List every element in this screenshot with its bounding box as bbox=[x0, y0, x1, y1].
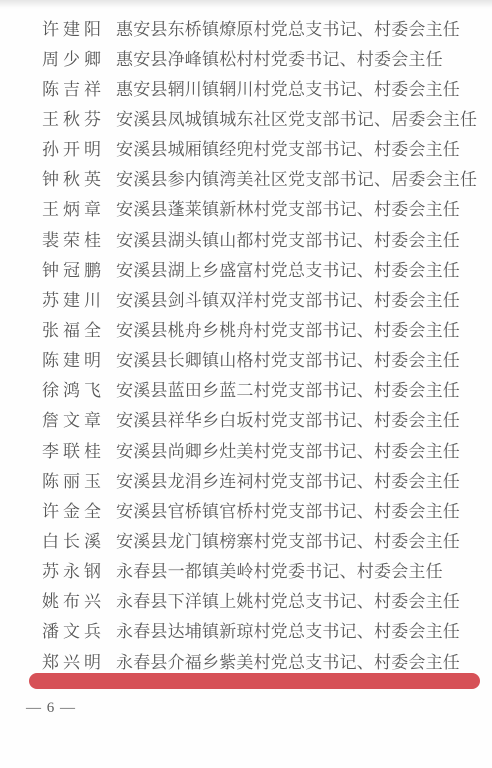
roster-row: 詹文章 安溪县祥华乡白坂村党支部书记、村委会主任 bbox=[42, 404, 492, 434]
roster-row: 徐鸿飞 安溪县蓝田乡蓝二村党支部书记、村委会主任 bbox=[42, 374, 492, 404]
roster-row: 张福全 安溪县桃舟乡桃舟村党支部书记、村委会主任 bbox=[42, 313, 492, 343]
person-title: 安溪县尚卿乡灶美村党支部书记、村委会主任 bbox=[116, 437, 460, 462]
person-name: 李联桂 bbox=[42, 437, 116, 462]
roster-row: 苏建川 安溪县剑斗镇双洋村党支部书记、村委会主任 bbox=[42, 283, 492, 313]
person-name: 郑兴明 bbox=[42, 648, 116, 673]
person-name: 许金全 bbox=[42, 497, 116, 522]
person-title: 安溪县凤城镇城东社区党支部书记、居委会主任 bbox=[116, 105, 477, 130]
roster-row: 许金全 安溪县官桥镇官桥村党支部书记、村委会主任 bbox=[42, 494, 492, 524]
person-name: 陈丽玉 bbox=[42, 467, 116, 492]
person-title: 安溪县长卿镇山格村党支部书记、村委会主任 bbox=[116, 346, 460, 371]
roster-row: 许建阳 惠安县东桥镇燎原村党总支书记、村委会主任 bbox=[42, 12, 492, 42]
page-number: — 6 — bbox=[26, 700, 76, 717]
person-title: 永春县一都镇美岭村党委书记、村委会主任 bbox=[116, 557, 443, 582]
person-name: 王炳章 bbox=[42, 195, 116, 220]
person-title: 永春县下洋镇上姚村党总支书记、村委会主任 bbox=[116, 587, 460, 612]
person-name: 苏永钢 bbox=[42, 557, 116, 582]
person-name: 徐鸿飞 bbox=[42, 376, 116, 401]
person-title: 安溪县剑斗镇双洋村党支部书记、村委会主任 bbox=[116, 286, 460, 311]
person-name: 王秋芬 bbox=[42, 105, 116, 130]
person-title: 安溪县城厢镇经兜村党支部书记、村委会主任 bbox=[116, 135, 460, 160]
roster-row: 白长溪 安溪县龙门镇榜寨村党支部书记、村委会主任 bbox=[42, 524, 492, 554]
roster-list: 许建阳 惠安县东桥镇燎原村党总支书记、村委会主任 周少卿 惠安县净峰镇松村村党委… bbox=[42, 12, 492, 675]
roster-row: 潘文兵 永春县达埔镇新琼村党总支书记、村委会主任 bbox=[42, 615, 492, 645]
roster-row: 姚布兴 永春县下洋镇上姚村党总支书记、村委会主任 bbox=[42, 585, 492, 615]
red-highlight-underline bbox=[29, 673, 480, 689]
person-name: 钟冠鹏 bbox=[42, 256, 116, 281]
person-title: 安溪县参内镇湾美社区党支部书记、居委会主任 bbox=[116, 165, 477, 190]
person-title: 安溪县桃舟乡桃舟村党支部书记、村委会主任 bbox=[116, 316, 460, 341]
person-name: 周少卿 bbox=[42, 45, 116, 70]
roster-row: 陈建明 安溪县长卿镇山格村党支部书记、村委会主任 bbox=[42, 344, 492, 374]
person-title: 安溪县湖头镇山都村党支部书记、村委会主任 bbox=[116, 226, 460, 251]
scan-edge-shadow bbox=[0, 0, 492, 9]
person-title: 安溪县祥华乡白坂村党支部书记、村委会主任 bbox=[116, 406, 460, 431]
roster-row: 钟秋英 安溪县参内镇湾美社区党支部书记、居委会主任 bbox=[42, 163, 492, 193]
person-name: 潘文兵 bbox=[42, 617, 116, 642]
person-title: 永春县达埔镇新琼村党总支书记、村委会主任 bbox=[116, 617, 460, 642]
person-title: 安溪县湖上乡盛富村党总支书记、村委会主任 bbox=[116, 256, 460, 281]
roster-row: 陈丽玉 安溪县龙涓乡连祠村党支部书记、村委会主任 bbox=[42, 464, 492, 494]
roster-row: 王炳章 安溪县蓬莱镇新林村党支部书记、村委会主任 bbox=[42, 193, 492, 223]
person-name: 姚布兴 bbox=[42, 587, 116, 612]
person-title: 惠安县辋川镇辋川村党总支书记、村委会主任 bbox=[116, 75, 460, 100]
person-name: 钟秋英 bbox=[42, 165, 116, 190]
person-title: 惠安县东桥镇燎原村党总支书记、村委会主任 bbox=[116, 15, 460, 40]
person-title: 安溪县官桥镇官桥村党支部书记、村委会主任 bbox=[116, 497, 460, 522]
person-title: 惠安县净峰镇松村村党委书记、村委会主任 bbox=[116, 45, 443, 70]
person-title: 安溪县龙门镇榜寨村党支部书记、村委会主任 bbox=[116, 527, 460, 552]
person-name: 陈吉祥 bbox=[42, 75, 116, 100]
roster-row: 王秋芬 安溪县凤城镇城东社区党支部书记、居委会主任 bbox=[42, 102, 492, 132]
person-name: 白长溪 bbox=[42, 527, 116, 552]
person-name: 裴荣桂 bbox=[42, 226, 116, 251]
roster-row: 周少卿 惠安县净峰镇松村村党委书记、村委会主任 bbox=[42, 42, 492, 72]
roster-row: 李联桂 安溪县尚卿乡灶美村党支部书记、村委会主任 bbox=[42, 434, 492, 464]
roster-row: 苏永钢 永春县一都镇美岭村党委书记、村委会主任 bbox=[42, 555, 492, 585]
person-title: 永春县介福乡紫美村党总支书记、村委会主任 bbox=[116, 648, 460, 673]
roster-row: 陈吉祥 惠安县辋川镇辋川村党总支书记、村委会主任 bbox=[42, 72, 492, 102]
roster-row: 钟冠鹏 安溪县湖上乡盛富村党总支书记、村委会主任 bbox=[42, 253, 492, 283]
roster-row: 裴荣桂 安溪县湖头镇山都村党支部书记、村委会主任 bbox=[42, 223, 492, 253]
person-name: 张福全 bbox=[42, 316, 116, 341]
person-title: 安溪县龙涓乡连祠村党支部书记、村委会主任 bbox=[116, 467, 460, 492]
person-name: 苏建川 bbox=[42, 286, 116, 311]
roster-row: 孙开明 安溪县城厢镇经兜村党支部书记、村委会主任 bbox=[42, 133, 492, 163]
roster-row: 郑兴明 永春县介福乡紫美村党总支书记、村委会主任 bbox=[42, 645, 492, 675]
person-name: 詹文章 bbox=[42, 406, 116, 431]
person-name: 孙开明 bbox=[42, 135, 116, 160]
person-title: 安溪县蓬莱镇新林村党支部书记、村委会主任 bbox=[116, 195, 460, 220]
person-title: 安溪县蓝田乡蓝二村党支部书记、村委会主任 bbox=[116, 376, 460, 401]
person-name: 陈建明 bbox=[42, 346, 116, 371]
person-name: 许建阳 bbox=[42, 15, 116, 40]
